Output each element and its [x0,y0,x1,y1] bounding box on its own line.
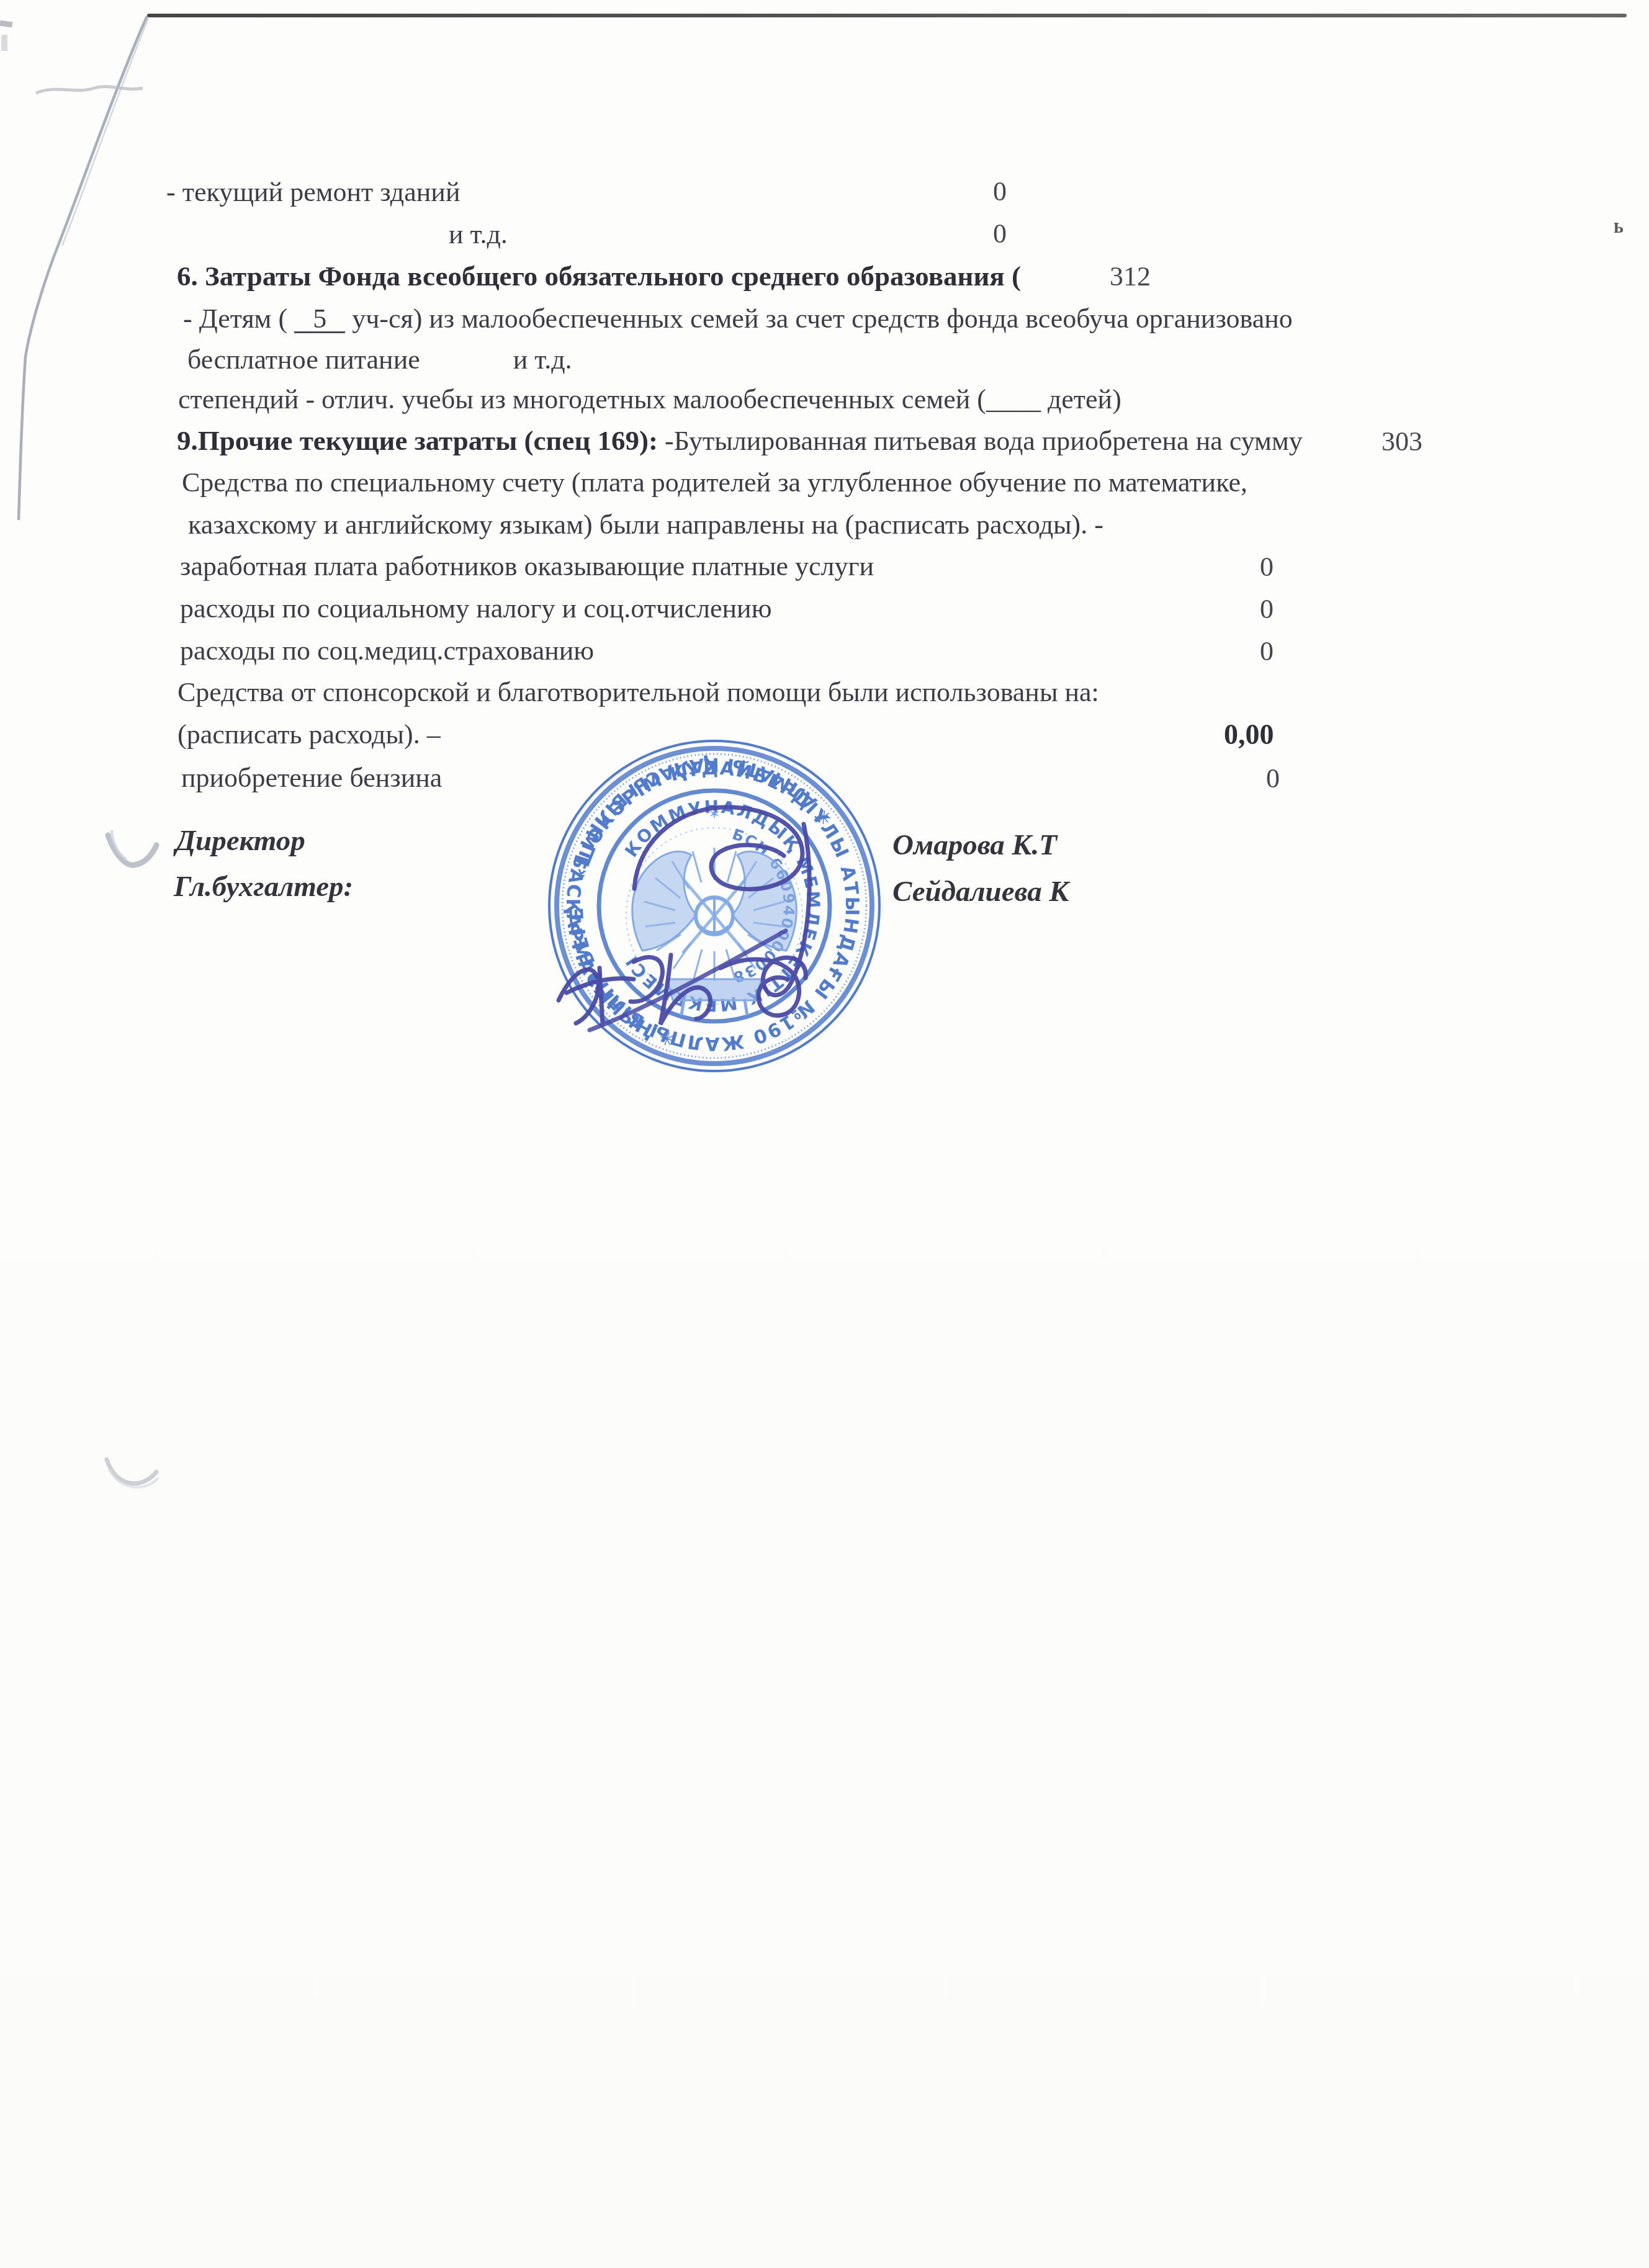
row9-rest: -Бутылированная питьевая вода приобретен… [658,426,1303,456]
row-med-insurance-value: 0 [1260,635,1274,667]
etc2-label: и т.д. [513,344,572,375]
free-meals-label: бесплатное питание [187,344,420,375]
row-languages: казахскому и английскому языкам) были на… [188,509,1103,541]
row-free-meals: бесплатное питаниеи т.д. [187,344,572,376]
row9-value: 303 [1382,426,1422,457]
gray-smile-mark [96,1449,171,1505]
row-children: - Детям ( 5 уч-ся) из малообеспеченных с… [183,303,1293,335]
row-special-account: Средства по специальному счету (плата ро… [182,467,1247,499]
row6-value: 312 [1110,261,1151,292]
scanned-document-page: ь - текущий ремонт зданий 0 и т.д. 0 6. … [0,0,1649,2268]
row9-bold-part: 9.Прочие текущие затраты (спец 169): [177,425,658,456]
emblem-right-wing [732,851,796,951]
row-salary: заработная плата работников оказывающие … [180,551,874,583]
row-etc1-label: и т.д. [449,219,508,251]
director-name: Омарова К.Т [892,828,1057,862]
children-count: 5 [294,307,345,333]
row-social-tax-value: 0 [1260,593,1274,625]
row-repair-label: - текущий ремонт зданий [166,177,460,208]
row-med-insurance: расходы по соц.медиц.страхованию [180,635,594,667]
row-gasoline-value: 0 [1266,763,1280,794]
row-itemize: (расписать расходы). – [177,719,441,751]
row6-header: 6. Затраты Фонда всеобщего обязательного… [177,261,1021,293]
ink-blemish: ь [1614,214,1624,238]
accountant-name: Сейдалиева К [892,875,1069,908]
row-itemize-value: 0,00 [1224,718,1274,751]
row-salary-value: 0 [1260,551,1274,583]
row-children-suffix: уч-ся) из малообеспеченных семей за счет… [352,303,1293,334]
row-repair-value: 0 [993,176,1007,207]
official-round-stamp: «ШӘКӘРІМ ҚҰДАЙБЕРДІҰЛЫ АТЫНДАҒЫ №190 ЖАЛ… [540,732,894,1092]
row-stipends: степендий - отлич. учебы из многодетных … [178,384,1121,416]
director-label: Директор [176,824,305,858]
scan-top-edge-line [147,14,1627,17]
row-etc1-value: 0 [993,218,1007,249]
row-sponsorship: Средства от спонсорской и благотворитель… [177,677,1099,709]
row-gasoline: приобретение бензина [181,763,442,794]
row-children-prefix: - Детям ( [183,303,287,334]
chief-accountant-label: Гл.бухгалтер: [174,870,353,903]
gray-check-mark [93,819,174,881]
row9-header: 9.Прочие текущие затраты (спец 169): -Бу… [177,425,1303,457]
row-social-tax: расходы по социальному налогу и соц.отчи… [180,593,772,625]
scan-fold-line [0,0,186,558]
